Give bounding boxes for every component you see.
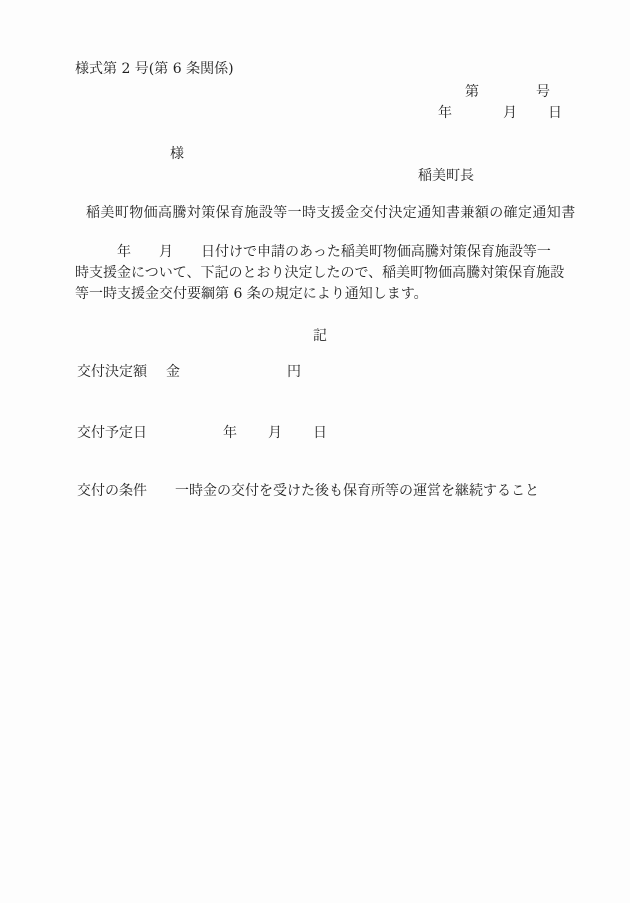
issue-date-year-label: 年: [438, 105, 452, 123]
issue-date-month-label: 月: [503, 105, 517, 123]
notification-document-page: 様式第 2 号(第 6 条関係) 第 号 年 月 日 様 稲美町長 稲美町物価高…: [0, 0, 630, 903]
sender-name: 稲美町長: [418, 168, 474, 186]
grant-amount-line: 交付決定額 金 円: [0, 364, 630, 384]
grant-amount-currency-suffix: 円: [287, 364, 301, 382]
grant-scheduled-date-line: 交付予定日 年 月 日: [0, 425, 630, 445]
grant-condition-line: 交付の条件 一時金の交付を受けた後も保育所等の運営を継続すること: [0, 483, 630, 503]
body-paragraph-line-2: 時支援金について、下記のとおり決定したので、稲美町物価高騰対策保育施設: [75, 265, 564, 283]
body-paragraph-line-3: 等一時支援金交付要綱第 6 条の規定により通知します。: [75, 286, 428, 304]
grant-scheduled-date-label: 交付予定日: [77, 425, 147, 443]
grant-date-day-label: 日: [313, 425, 327, 443]
issue-date-line: 年 月 日: [0, 105, 630, 125]
form-number: 様式第 2 号(第 6 条関係): [75, 61, 234, 79]
document-title: 稲美町物価高騰対策保育施設等一時支援金交付決定通知書兼額の確定通知書: [86, 205, 576, 223]
grant-condition-label: 交付の条件: [77, 483, 147, 501]
document-number-suffix: 号: [536, 84, 550, 102]
grant-date-month-label: 月: [268, 425, 282, 443]
addressee-honorific: 様: [170, 146, 184, 164]
grant-date-year-label: 年: [223, 425, 237, 443]
document-number-prefix: 第: [465, 84, 479, 102]
issue-date-day-label: 日: [548, 105, 562, 123]
record-marker: 記: [313, 328, 327, 346]
grant-amount-label: 交付決定額: [77, 364, 147, 382]
document-number-line: 第 号: [0, 84, 630, 104]
body-paragraph-line-1: 年 月 日付けで申請のあった稲美町物価高騰対策保育施設等一: [75, 244, 551, 262]
grant-condition-text: 一時金の交付を受けた後も保育所等の運営を継続すること: [175, 483, 539, 501]
grant-amount-currency-prefix: 金: [166, 364, 180, 382]
